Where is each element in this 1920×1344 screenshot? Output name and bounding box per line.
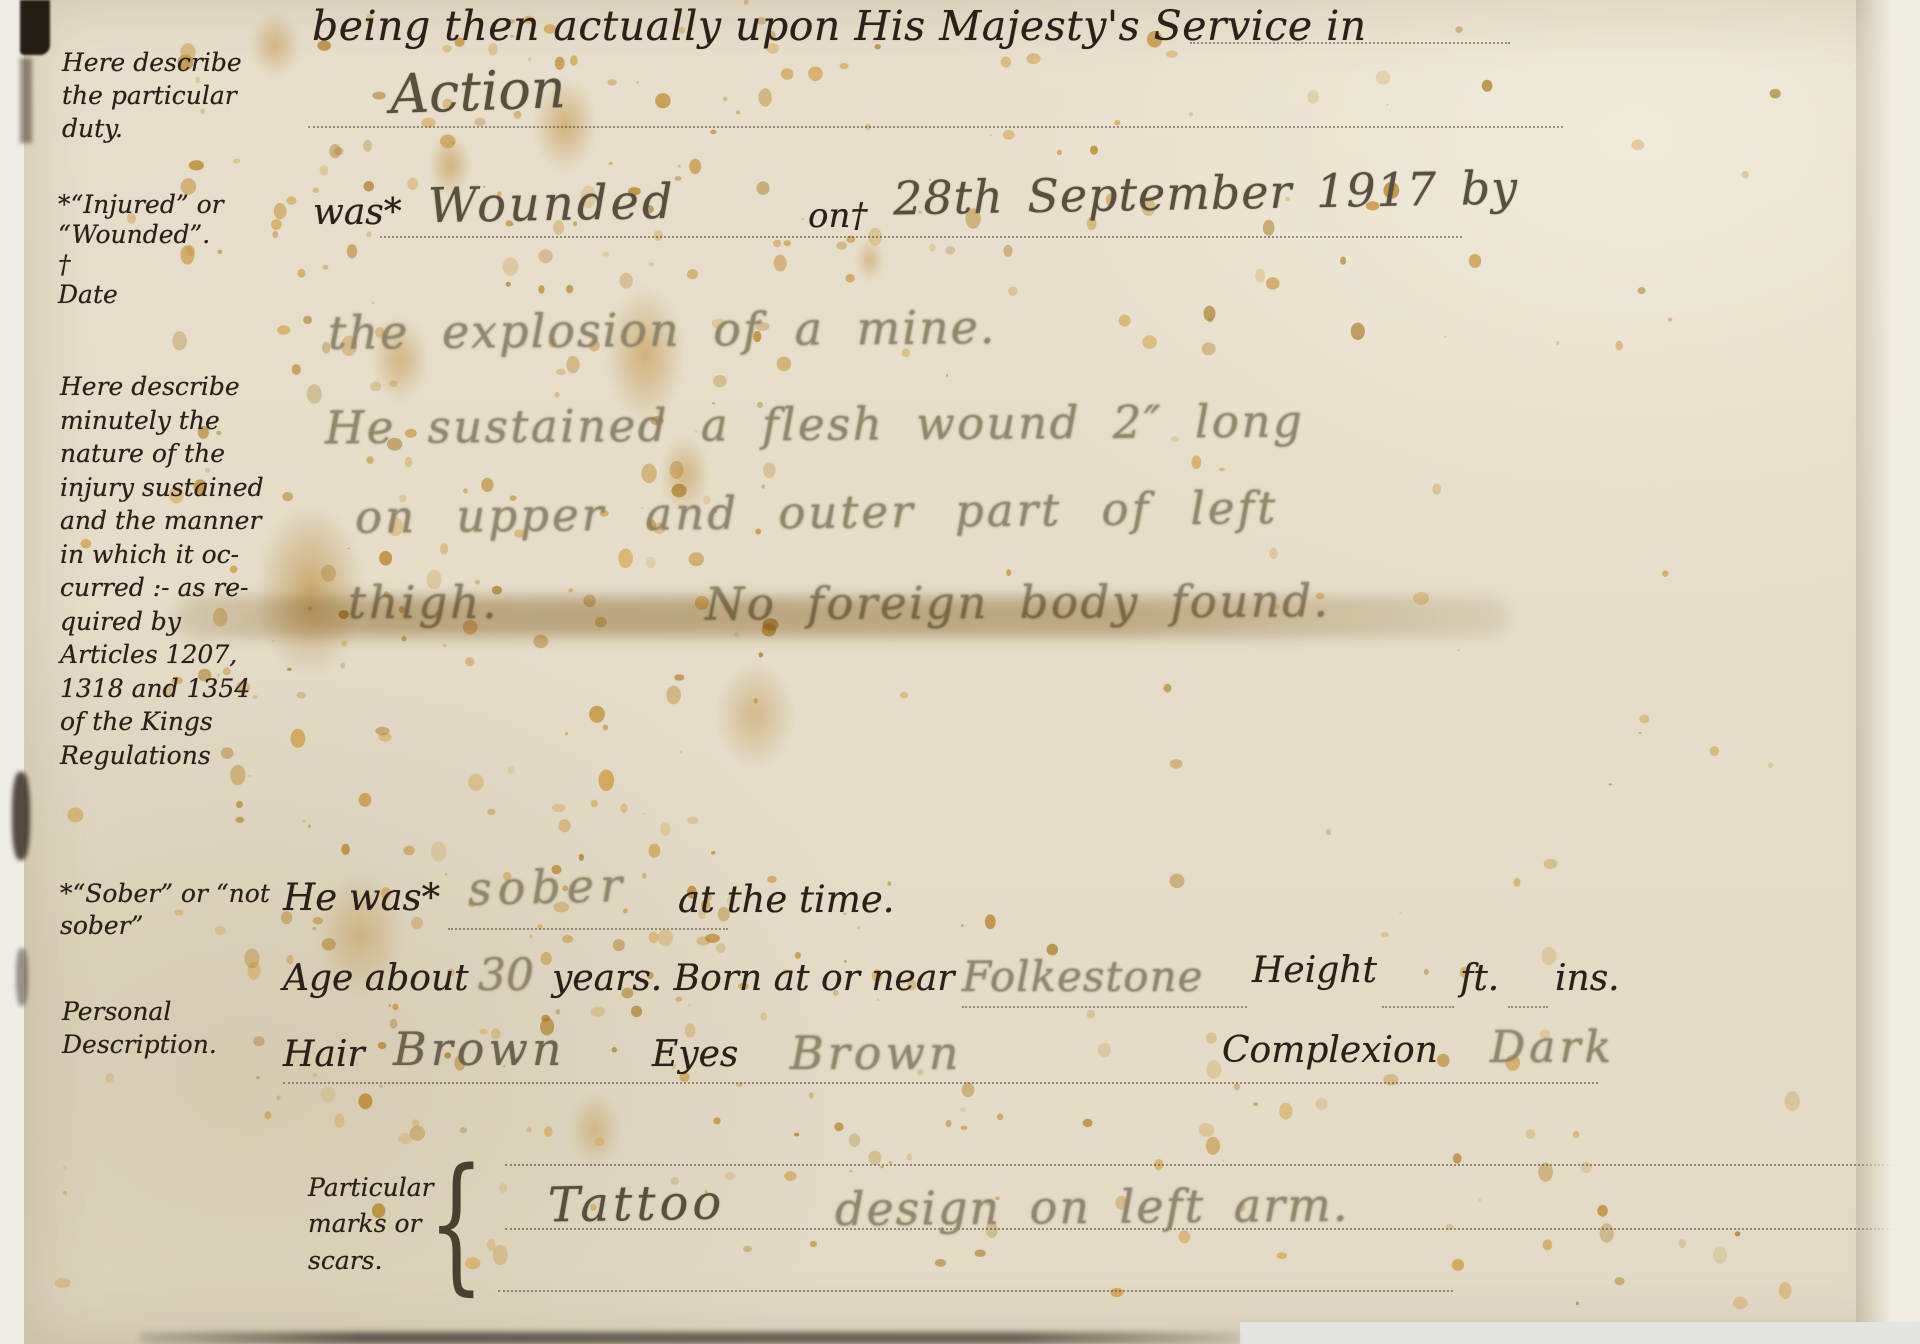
- dotted-line: [380, 236, 1462, 238]
- handwritten-wounded-entry: Wounded: [428, 174, 677, 234]
- handwritten-duty-entry: Action: [389, 57, 567, 126]
- handwritten-marks-entry-1: Tattoo: [548, 1174, 726, 1233]
- handwritten-injury-line1: He sustained a flesh wound 2″ long: [325, 395, 1305, 455]
- printed-hair-label: Hair: [283, 1034, 365, 1075]
- scanned-document-page: being then actually upon His Majesty's S…: [0, 0, 1920, 1344]
- dotted-line: [448, 928, 728, 930]
- dotted-line: [283, 1082, 1598, 1084]
- handwritten-injury-line3b: No foreign body found.: [705, 574, 1331, 630]
- margin-note-sober: *“Sober” or “not sober”: [60, 878, 270, 942]
- margin-note-personal-description: Personal Description.: [62, 995, 217, 1061]
- printed-at-the-time-label: at the time.: [678, 878, 895, 921]
- printed-on-label: on†: [808, 196, 867, 236]
- dotted-line: [1508, 1006, 1548, 1008]
- handwritten-injury-line2: on upper and outer part of left: [355, 481, 1279, 544]
- printed-complexion-label: Complexion: [1222, 1030, 1438, 1071]
- margin-note-injured-or-wounded: *“Injured” or “Wounded”. † Date: [58, 190, 224, 310]
- printed-ins-label: ins.: [1555, 958, 1620, 999]
- brace-glyph: {: [428, 1138, 485, 1308]
- printed-service-line: being then actually upon His Majesty's S…: [312, 2, 1367, 50]
- handwritten-marks-entry-2: design on left arm.: [835, 1178, 1350, 1236]
- printed-height-label: Height: [1252, 950, 1377, 991]
- handwritten-injury-line3a: thigh.: [348, 576, 500, 629]
- printed-eyes-label: Eyes: [652, 1034, 738, 1075]
- handwritten-birthplace-entry: Folkestone: [962, 952, 1204, 1001]
- dotted-line: [1382, 1006, 1454, 1008]
- handwritten-eyes-entry: Brown: [790, 1026, 963, 1080]
- handwritten-sober-entry: sober: [467, 858, 628, 916]
- handwritten-complexion-entry: Dark: [1490, 1022, 1615, 1073]
- printed-he-was-label: He was*: [283, 876, 440, 919]
- margin-note-injury-description: Here describe minutely the nature of the…: [60, 370, 264, 772]
- handwritten-date-entry: 28th September 1917 by: [893, 161, 1519, 226]
- handwritten-hair-entry: Brown: [393, 1022, 566, 1076]
- handwritten-age-entry: 30: [478, 950, 534, 1001]
- margin-note-particular-marks: Particular marks or scars.: [308, 1170, 434, 1279]
- dotted-line: [308, 126, 1563, 128]
- dotted-line: [498, 1290, 1453, 1292]
- dotted-line: [962, 1006, 1247, 1008]
- scan-left-edge: [0, 0, 24, 1344]
- printed-was-label: was*: [313, 192, 402, 233]
- dotted-line: [505, 1164, 1920, 1166]
- margin-note-duty: Here describe the particular duty.: [62, 46, 242, 145]
- handwritten-cause-entry: the explosion of a mine.: [328, 300, 997, 360]
- printed-ft-label: ft.: [1460, 958, 1499, 999]
- printed-born-label: years. Born at or near: [552, 958, 955, 999]
- printed-age-label: Age about: [283, 958, 469, 999]
